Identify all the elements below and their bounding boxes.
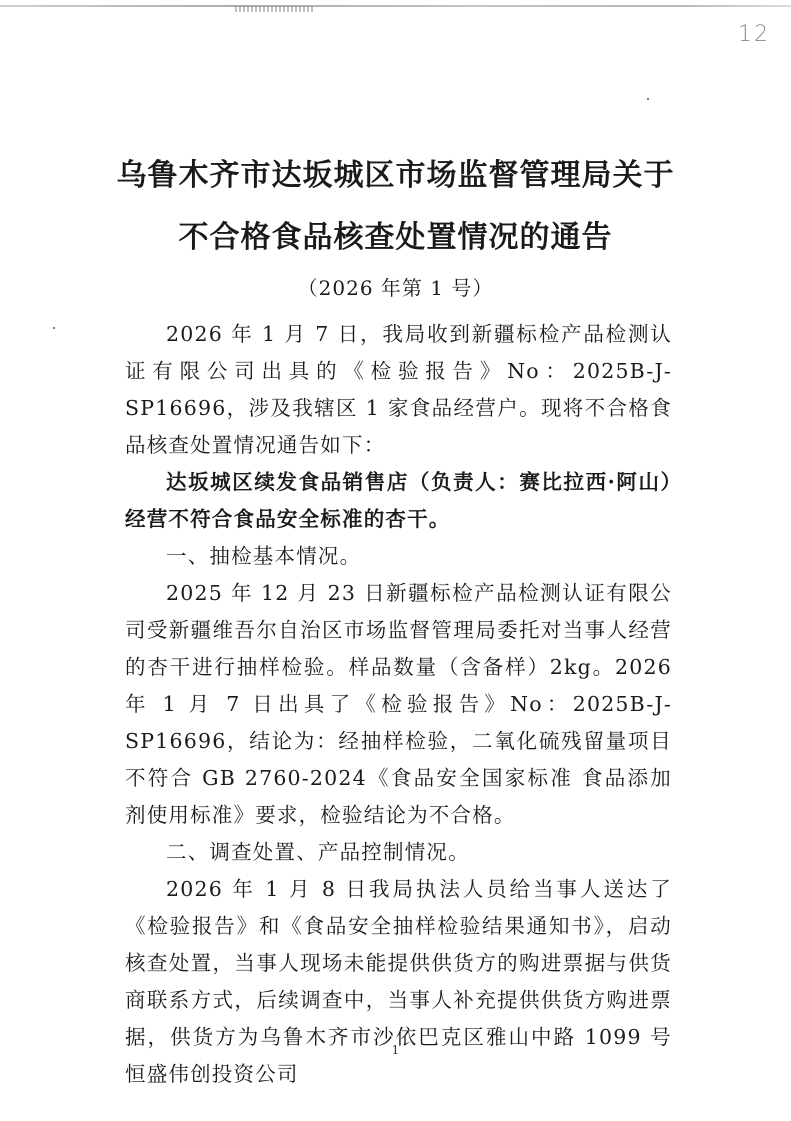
paragraph-subject: 达坂城区续发食品销售店（负责人：赛比拉西·阿山）经营不符合食品安全标准的杏干。 — [125, 464, 672, 538]
document-number: （2026 年第 1 号） — [0, 272, 791, 301]
scan-speck — [647, 98, 649, 100]
scan-artifact — [235, 6, 315, 12]
document-title-line-1: 乌鲁木齐市达坂城区市场监督管理局关于 — [0, 150, 791, 194]
document-title-line-2: 不合格食品核查处置情况的通告 — [0, 212, 791, 256]
scan-speck — [53, 327, 55, 329]
paragraph-sampling: 2025 年 12 月 23 日新疆标检产品检测认证有限公司受新疆维吾尔自治区市… — [125, 575, 672, 834]
document-body: 2026 年 1 月 7 日，我局收到新疆标检产品检测认证有限公司出具的《检验报… — [125, 316, 672, 1093]
scan-edge-line — [0, 5, 791, 7]
section-heading-2: 二、调查处置、产品控制情况。 — [125, 834, 672, 871]
handwritten-page-mark: 12 — [738, 22, 770, 47]
paragraph-investigation: 2026 年 1 月 8 日我局执法人员给当事人送达了《检验报告》和《食品安全抽… — [125, 871, 672, 1093]
page-number: 1 — [0, 1043, 791, 1057]
paragraph-intro: 2026 年 1 月 7 日，我局收到新疆标检产品检测认证有限公司出具的《检验报… — [125, 316, 672, 464]
section-heading-1: 一、抽检基本情况。 — [125, 538, 672, 575]
